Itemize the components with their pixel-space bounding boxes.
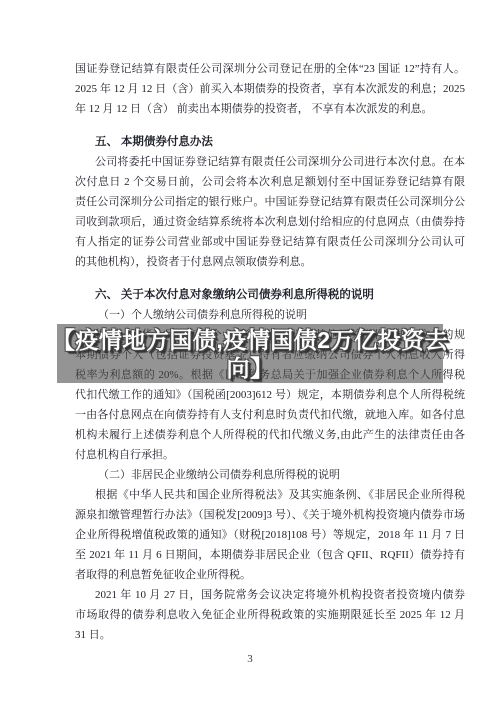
section-heading-6: 六、 关于本次付息对象缴纳公司债券利息所得税的说明: [75, 285, 465, 305]
body-line: 有人指定的证券公司营业部或中国证券登记结算有限责任公司深圳分公司认可: [75, 232, 465, 252]
body-line: 市场取得的债券利息收入免征企业所得税政策的实施期限延长至 2025 年 12 月: [75, 605, 465, 625]
body-line: 机构未履行上述债券利息个人所得税的代扣代缴义务,由此产生的法律责任由各: [75, 425, 465, 445]
body-line: 根据《中华人民共和国企业所得税法》及其实施条例、《非居民企业所得税: [75, 485, 465, 505]
body-line: 责任公司深圳分公司指定的银行账户。中国证券登记结算有限责任公司深圳分公: [75, 192, 465, 212]
body-line: 司收到款项后，通过资金结算系统将本次利息划付给相应的付息网点（由债券持: [75, 212, 465, 232]
watermark-title-line1: 【疫情地方国债,疫情国债2万亿投资去: [52, 326, 448, 354]
body-line: 源泉扣缴管理暂行办法》（国税发[2009]3 号）、《关于境外机构投资境内债券市…: [75, 505, 465, 525]
watermark-overlay: 【疫情地方国债,疫情国债2万亿投资去 向】: [57, 324, 443, 383]
body-line: 2025 年 12 月 12 日（含）前买入本期债券的投资者，享有本次派发的利息…: [75, 79, 465, 99]
body-line: 至 2021 年 11 月 6 日期间，本期债券非居民企业（包含 QFII、RQ…: [75, 545, 465, 565]
body-line: 公司将委托中国证券登记结算有限责任公司深圳分公司进行本次付息。在本: [75, 152, 465, 172]
body-line: 次付息日 2 个交易日前，公司会将本次利息足额划付至中国证券登记结算有限: [75, 172, 465, 192]
body-line: 31 日。: [75, 625, 465, 645]
document-page: 国证券登记结算有限责任公司深圳分公司登记在册的全体“23 国证 12”持有人。2…: [0, 0, 500, 707]
body-line: 者取得的利息暂免征收企业所得税。: [75, 565, 465, 585]
watermark-title-line2: 向】: [227, 354, 274, 382]
page-number: 3: [0, 651, 500, 667]
body-line: 的其他机构），投资者于付息网点领取债券利息。: [75, 252, 465, 272]
subsection-heading-2: （二）非居民企业缴纳公司债券利息所得税的说明: [75, 465, 465, 485]
body-line: 企业所得税增值税政策的通知》（财税[2018]108 号）等规定，2018 年 …: [75, 525, 465, 545]
body-line: 代扣代缴工作的通知》（国税函[2003]612 号）规定，本期债券利息个人所得税…: [75, 385, 465, 405]
body-line: 一由各付息网点在向债券持有人支付利息时负责代扣代缴，就地入库。如各付息: [75, 405, 465, 425]
body-line: 国证券登记结算有限责任公司深圳分公司登记在册的全体“23 国证 12”持有人。: [75, 59, 465, 79]
body-line: 2021 年 10 月 27 日，国务院常务会议决定将境外机构投资者投资境内债券: [75, 585, 465, 605]
section-heading-5: 五、 本期债券付息办法: [75, 132, 465, 152]
body-line: 付息机构自行承担。: [75, 445, 465, 465]
subsection-heading-1: （一）个人缴纳公司债券利息所得税的说明: [75, 305, 465, 325]
body-line: 年 12 月 12 日（含） 前卖出本期债券的投资者， 不享有本次派发的利息。: [75, 99, 465, 119]
